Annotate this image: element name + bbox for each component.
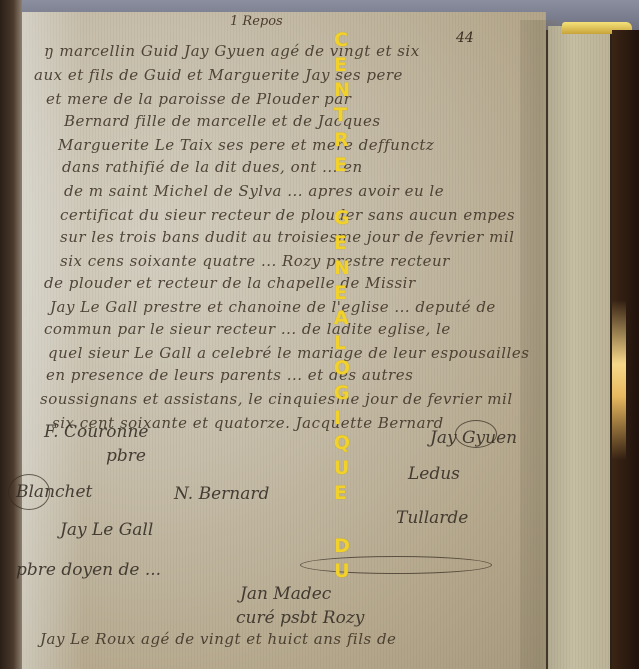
watermark-letter: D: [334, 534, 350, 559]
signature: Jay Le Gall: [60, 520, 153, 540]
watermark-letter: E: [334, 153, 350, 178]
watermark-letter: L: [334, 331, 350, 356]
next-entry-line: Jay Le Roux agé de vingt et huict ans fi…: [40, 630, 396, 648]
signature-flourish: [455, 420, 497, 448]
gilt-side-highlight: [612, 300, 626, 460]
watermark-letter: E: [334, 481, 350, 506]
signature: N. Bernard: [174, 484, 269, 504]
signature: F. Couronne: [44, 422, 148, 442]
watermark-letter: E: [334, 231, 350, 256]
text-line: ŋ marcellin Guid Jay Gyuen agé de vingt …: [44, 42, 420, 60]
watermark-letter: N: [334, 256, 350, 281]
text-line: six cens soixante quatre ... Rozy prestr…: [60, 252, 450, 270]
watermark-letter: G: [334, 381, 350, 406]
signature: Jan Madec: [240, 584, 331, 604]
text-line: de plouder et recteur de la chapelle de …: [44, 274, 416, 292]
text-line: dans rathifié de la dit dues, ont ... en: [62, 158, 363, 176]
text-line: sur les trois bans dudit au troisiesme j…: [60, 228, 514, 246]
text-line: Marguerite Le Taix ses pere et mere deff…: [58, 136, 434, 154]
signature: curé psbt Rozy: [236, 608, 364, 628]
page-number: 44: [456, 30, 474, 46]
signature: Ledus: [408, 464, 460, 484]
signature: pbre doyen de ...: [16, 560, 161, 580]
text-line: et mere de la paroisse de Plouder par: [46, 90, 351, 108]
header-note: 1 Repos: [230, 14, 283, 29]
watermark-letter: E: [334, 281, 350, 306]
watermark-letter: O: [334, 356, 350, 381]
watermark-letter: R: [334, 128, 350, 153]
watermark-letter: E: [334, 53, 350, 78]
watermark-letter: N: [334, 78, 350, 103]
text-line: soussignans et assistans, le cinquiesme …: [40, 390, 513, 408]
watermark-word-centre: CENTRE: [334, 28, 350, 178]
text-line: de m saint Michel de Sylva ... apres avo…: [64, 182, 444, 200]
text-line: quel sieur Le Gall a celebré le mariage …: [48, 344, 529, 362]
signature: pbre: [106, 446, 146, 466]
watermark: CENTRE GENEALOGIQUE DU: [330, 28, 354, 584]
watermark-letter: A: [334, 306, 350, 331]
signature-flourish: [8, 474, 50, 510]
watermark-letter: G: [334, 206, 350, 231]
watermark-word-du: DU: [334, 534, 350, 584]
watermark-letter: Q: [334, 431, 350, 456]
text-line: commun par le sieur recteur ... de ladit…: [44, 320, 451, 338]
text-line: Jay Le Gall prestre et chanoine de l'egl…: [50, 298, 496, 316]
watermark-word-genealogique: GENEALOGIQUE: [334, 206, 350, 506]
watermark-letter: U: [334, 456, 350, 481]
text-line: en presence de leurs parents ... et des …: [46, 366, 413, 384]
watermark-letter: C: [334, 28, 350, 53]
signature-flourish: [300, 556, 492, 574]
watermark-letter: I: [334, 406, 350, 431]
text-line: certificat du sieur recteur de plouder s…: [60, 206, 515, 224]
watermark-letter: T: [334, 103, 350, 128]
watermark-letter: U: [334, 559, 350, 584]
page-stack-edge: [548, 26, 610, 669]
signature: Tullarde: [396, 508, 468, 528]
